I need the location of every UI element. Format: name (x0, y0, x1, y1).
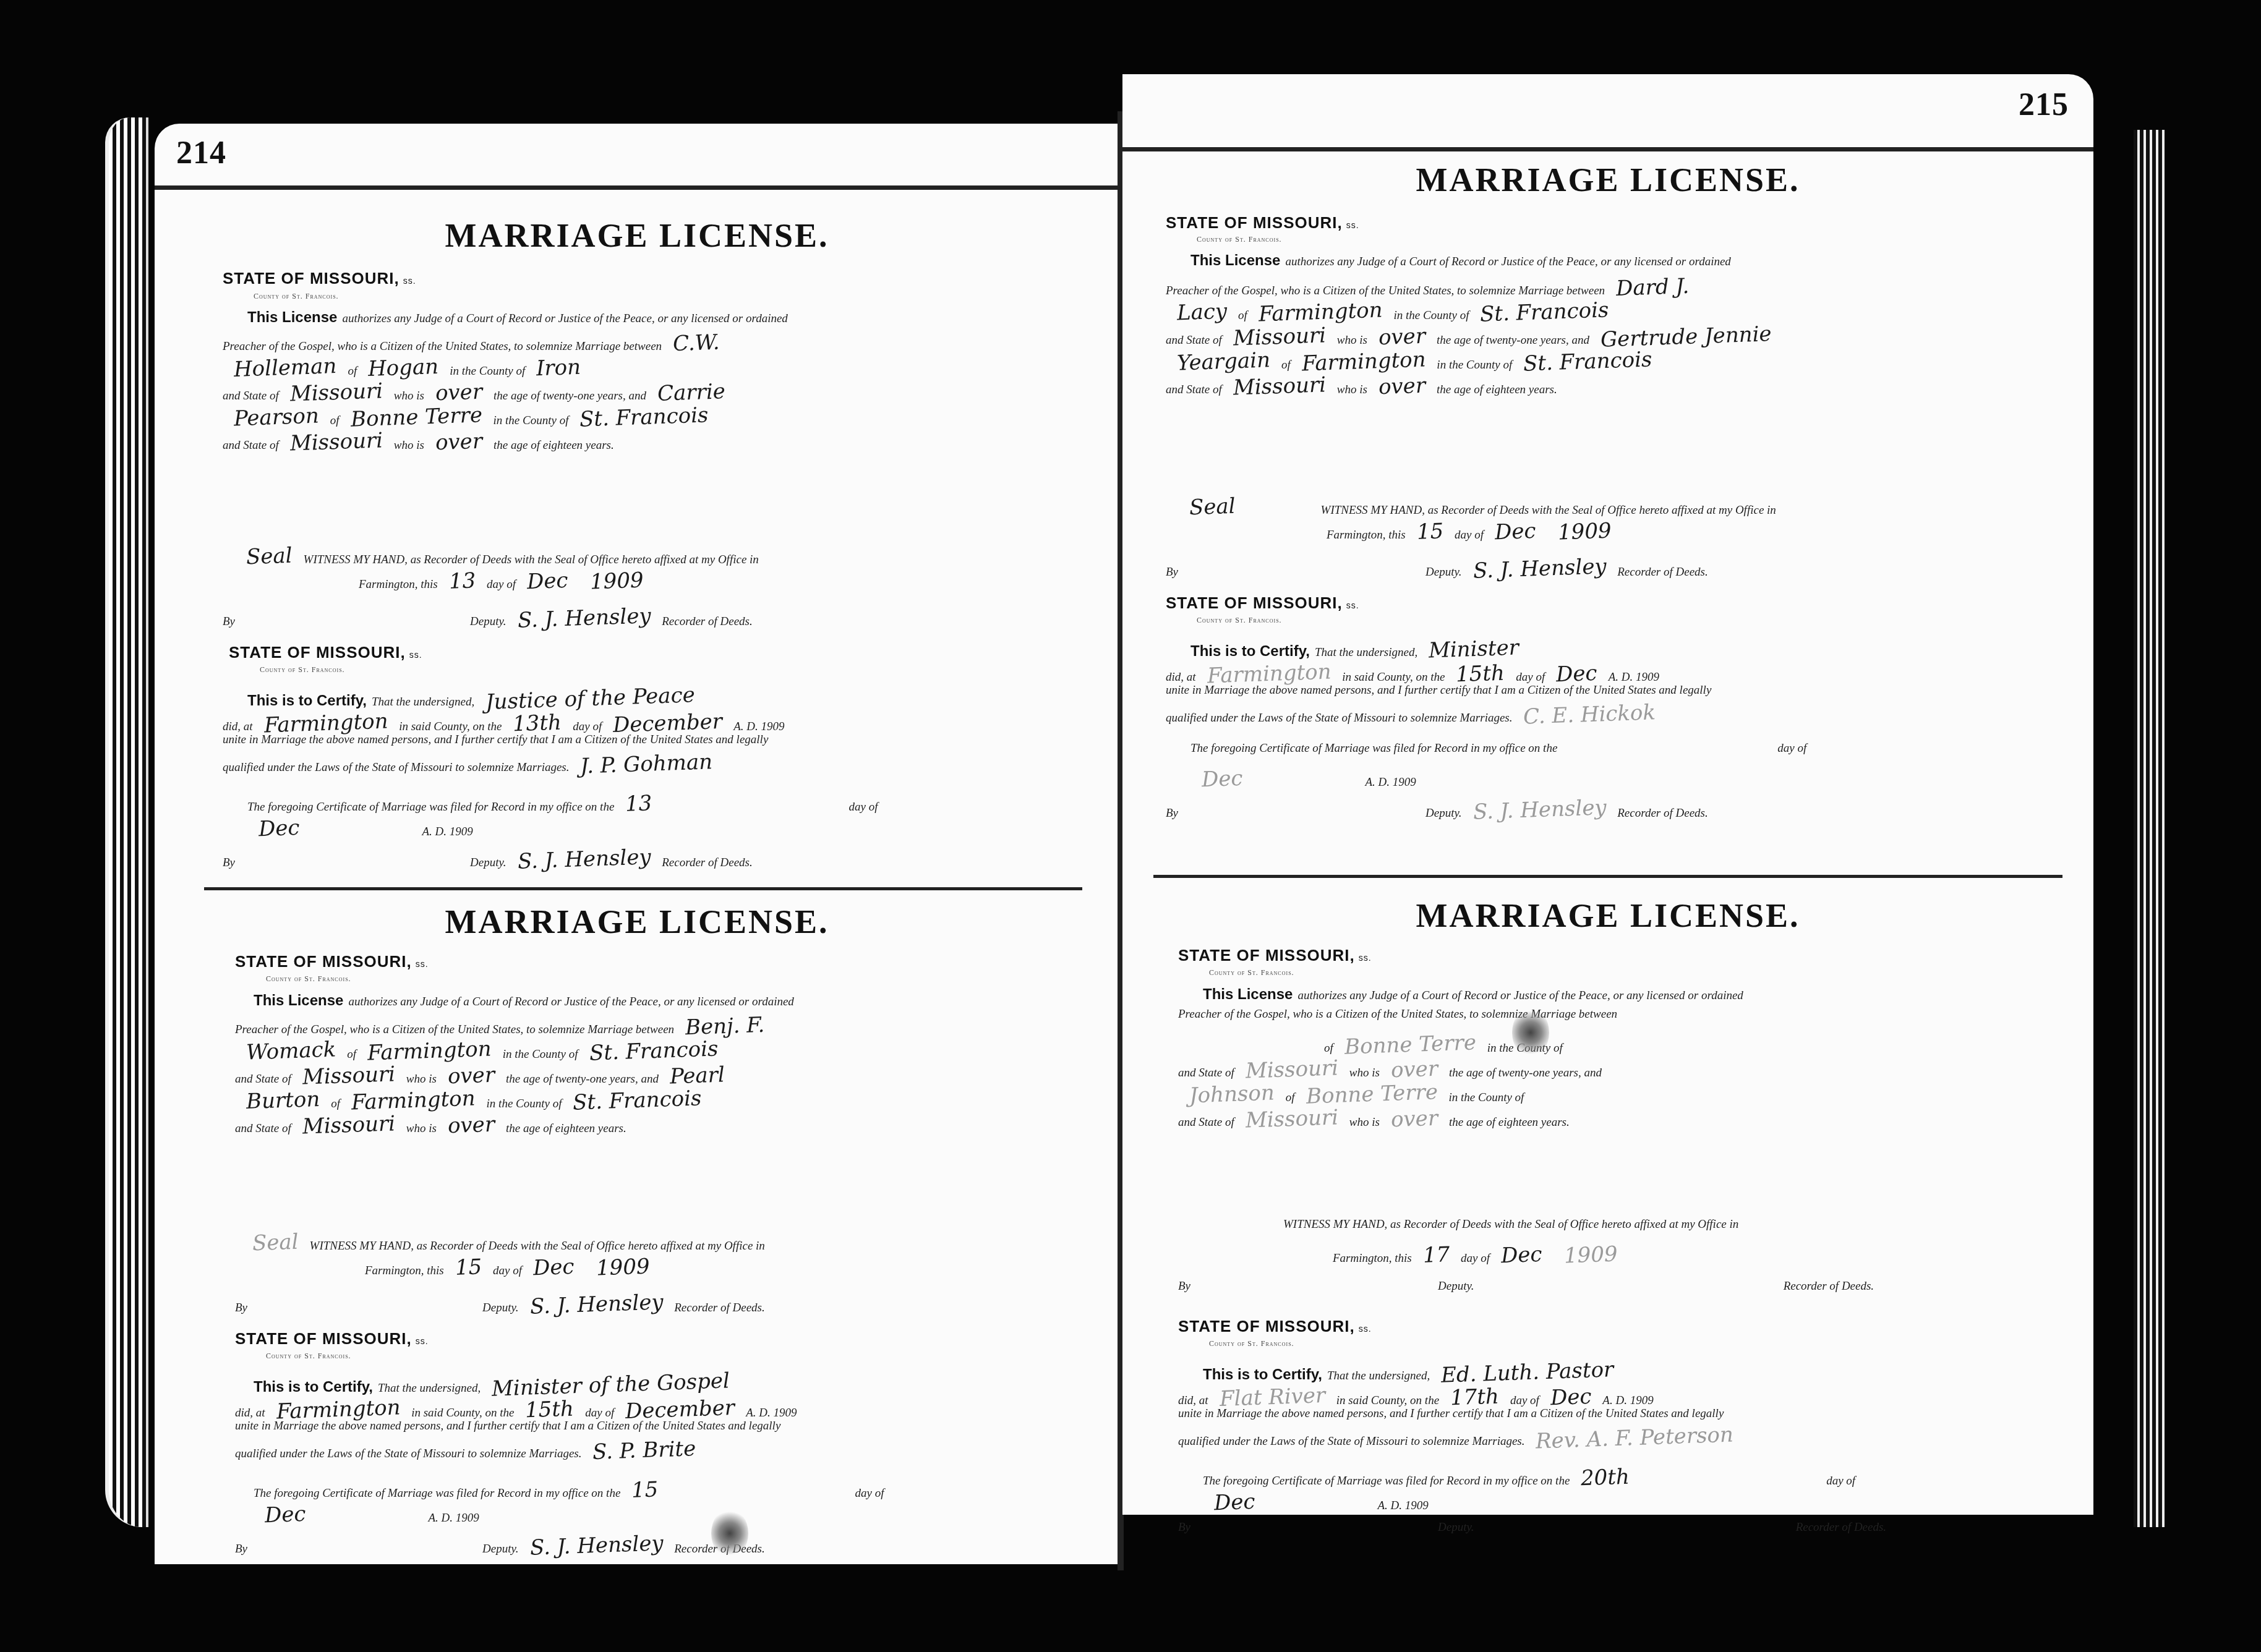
license-record: MARRIAGE LICENSE. STATE OF MISSOURI,ss. … (1122, 878, 2093, 1564)
license-line-2: Preacher of the Gospel, who is a Citizen… (1166, 275, 1700, 300)
certify-line-4: qualified under the Laws of the State of… (1178, 1426, 1745, 1450)
bride-line: PearsonofBonne Terrein the County ofSt. … (223, 405, 720, 430)
county-header: County of St. Francois. (266, 974, 351, 984)
groom-state: Missouri (289, 378, 383, 406)
license-line-1: This Licenseauthorizes any Judge of a Co… (1203, 986, 1743, 1003)
groom-state-line: and State ofMissouriwho isoverthe age of… (223, 380, 737, 405)
state-header: STATE OF MISSOURI,ss. (235, 1329, 429, 1348)
header-rule (1122, 147, 2093, 151)
license-title: MARRIAGE LICENSE. (155, 903, 1119, 941)
scan-smudge (1512, 1008, 1549, 1057)
bride-state-line: and State ofMissouriwho isoverthe age of… (235, 1113, 626, 1138)
certify-line-3: unite in Marriage the above named person… (1166, 684, 1711, 697)
scan-smudge (711, 1509, 748, 1558)
license-record: MARRIAGE LICENSE. STATE OF MISSOURI,ss. … (1122, 161, 2093, 847)
license-title: MARRIAGE LICENSE. (155, 216, 1119, 255)
certify-line-1: This is to Certify,That the undersigned,… (1203, 1360, 1625, 1385)
witness-line: WITNESS MY HAND, as Recorder of Deeds wi… (1283, 1218, 1738, 1232)
witness-line: SealWITNESS MY HAND, as Recorder of Deed… (241, 1230, 765, 1255)
witness-line: SealWITNESS MY HAND, as Recorder of Deed… (235, 544, 759, 569)
license-record: MARRIAGE LICENSE. STATE OF MISSOURI,ss. … (155, 198, 1119, 884)
groom-age: over (435, 380, 482, 406)
page-edges-left (105, 117, 148, 1527)
license-line-2: Preacher of the Gospel, who is a Citizen… (1178, 1008, 1639, 1021)
groom-county: Iron (536, 355, 581, 381)
filed-line: The foregoing Certificate of Marriage wa… (254, 1478, 884, 1502)
bride-county: St. Francois (579, 402, 709, 432)
groom-line: LacyofFarmingtonin the County ofSt. Fran… (1166, 300, 1620, 325)
filed-recorder-line: ByDeputy.S. J. HensleyRecorder of Deeds. (223, 847, 753, 872)
seal-mark: Seal (246, 543, 293, 570)
bride-state: Missouri (289, 428, 383, 456)
certify-line-2: did, atFlat Riverin said County, on the1… (1178, 1385, 1654, 1410)
state-header: STATE OF MISSOURI,ss. (229, 643, 422, 662)
state-header: STATE OF MISSOURI,ss. (223, 269, 416, 288)
certify-line-1: This is to Certify,That the undersigned,… (254, 1373, 741, 1397)
groom-town: Hogan (368, 354, 439, 381)
license-line-2: Preacher of the Gospel, who is a Citizen… (235, 1014, 776, 1039)
license-line-2: Preacher of the Gospel, who is a Citizen… (223, 331, 731, 356)
county-header: County of St. Francois. (1197, 235, 1282, 244)
filed-date-line: DecA. D. 1909 (247, 816, 473, 841)
state-header: STATE OF MISSOURI,ss. (1166, 213, 1359, 232)
groom-state-line: and State ofMissouriwho isoverthe age of… (1166, 325, 1783, 349)
license-line-1: This Licenseauthorizes any Judge of a Co… (247, 309, 788, 326)
filed-date-line: DecA. D. 1909 (1203, 1490, 1429, 1515)
certify-line-4: qualified under the Laws of the State of… (223, 752, 724, 777)
page-right: 215 MARRIAGE LICENSE. STATE OF MISSOURI,… (1122, 74, 2093, 1515)
bride-line: JohnsonofBonne Terrein the County of (1178, 1082, 1546, 1107)
officiant-signature: J. P. Gohman (580, 749, 713, 778)
certify-line-4: qualified under the Laws of the State of… (235, 1438, 707, 1463)
header-rule (155, 185, 1119, 190)
certify-line-3: unite in Marriage the above named person… (1178, 1407, 1724, 1421)
register-book: 214 MARRIAGE LICENSE. STATE OF MISSOURI,… (118, 74, 2134, 1583)
bride-state-line: and State ofMissouriwho isoverthe age of… (1178, 1107, 1570, 1131)
groom-state-line: and State ofMissouriwho isoverthe age of… (1178, 1057, 1624, 1082)
page-number: 214 (176, 135, 226, 171)
county-header: County of St. Francois. (1209, 968, 1294, 977)
license-title: MARRIAGE LICENSE. (1122, 896, 2093, 935)
page-edges-right (2134, 130, 2165, 1527)
bride-line: BurtonofFarmingtonin the County ofSt. Fr… (235, 1088, 713, 1113)
bride-line: YeargainofFarmingtonin the County ofSt. … (1166, 349, 1664, 374)
certify-line-3: unite in Marriage the above named person… (235, 1420, 780, 1433)
bride-state-line: and State ofMissouriwho isoverthe age of… (1166, 374, 1557, 399)
certify-line-1: This is to Certify,That the undersigned,… (1190, 637, 1530, 662)
state-header: STATE OF MISSOURI,ss. (1166, 594, 1359, 613)
witness-date-line: Farmington, this13day ofDec1909 (359, 569, 655, 594)
state-header: STATE OF MISSOURI,ss. (1178, 1317, 1372, 1336)
officiant-title: Justice of the Peace (485, 683, 696, 715)
groom-line: HollemanofHoganin the County ofIron (223, 356, 592, 380)
filed-line: The foregoing Certificate of Marriage wa… (1203, 1465, 1855, 1490)
bride-first-name: Carrie (657, 379, 725, 406)
filed-line: The foregoing Certificate of Marriage wa… (247, 791, 878, 816)
county-header: County of St. Francois. (254, 292, 339, 301)
county-header: County of St. Francois. (260, 665, 345, 675)
groom-state-line: and State ofMissouriwho isoverthe age of… (235, 1063, 736, 1088)
recorder-line: ByDeputy.S. J. HensleyRecorder of Deeds. (223, 606, 1076, 631)
filed-recorder-line: ByDeputy.S. J. HensleyRecorder of Deeds. (1166, 798, 1708, 822)
state-header: STATE OF MISSOURI,ss. (235, 952, 429, 971)
recorder-line: ByDeputy.Recorder of Deeds. (1178, 1280, 1874, 1293)
license-record: MARRIAGE LICENSE. STATE OF MISSOURI,ss. … (155, 890, 1119, 1577)
witness-date-line: Farmington, this15day ofDec1909 (1327, 519, 1623, 544)
county-header: County of St. Francois. (266, 1352, 351, 1361)
filed-date-line: DecA. D. 1909 (254, 1502, 479, 1527)
certify-line-2: did, atFarmingtonin said County, on the1… (223, 711, 785, 736)
page-left: 214 MARRIAGE LICENSE. STATE OF MISSOURI,… (155, 124, 1119, 1564)
page-number: 215 (2019, 87, 2069, 123)
certify-line-4: qualified under the Laws of the State of… (1166, 702, 1667, 727)
filed-recorder-line: ByDeputy.S. J. HensleyRecorder of Deeds. (235, 1533, 765, 1558)
state-header: STATE OF MISSOURI,ss. (1178, 946, 1372, 965)
certify-line-3: unite in Marriage the above named person… (223, 733, 768, 747)
recorder-line: ByDeputy.S. J. HensleyRecorder of Deeds. (1166, 556, 1708, 581)
certify-line-2: did, atFarmingtonin said County, on the1… (1166, 662, 1659, 686)
bride-last-name: Pearson (233, 404, 319, 432)
witness-line: SealWITNESS MY HAND, as Recorder of Deed… (1178, 495, 1776, 519)
groom-last-name: Holleman (233, 354, 337, 382)
license-line-1: This Licenseauthorizes any Judge of a Co… (254, 992, 794, 1010)
bride-town: Bonne Terre (350, 402, 482, 432)
recorder-line: ByDeputy.S. J. HensleyRecorder of Deeds. (235, 1292, 765, 1317)
certify-line-2: did, atFarmingtonin said County, on the1… (235, 1397, 797, 1422)
recorder-signature: S. J. Hensley (517, 603, 651, 633)
filed-line: The foregoing Certificate of Marriage wa… (1190, 742, 1806, 756)
license-line-1: This Licenseauthorizes any Judge of a Co… (1190, 252, 1731, 270)
groom-line: WomackofFarmingtonin the County ofSt. Fr… (235, 1039, 729, 1063)
filed-recorder-line: ByDeputy.Recorder of Deeds. (1178, 1521, 1886, 1535)
bride-age: over (435, 429, 482, 456)
license-title: MARRIAGE LICENSE. (1122, 161, 2093, 199)
witness-date-line: Farmington, this15day ofDec1909 (365, 1255, 661, 1280)
witness-date-line: Farmington, this17day ofDec1909 (1333, 1243, 1629, 1267)
filed-date-line: DecA. D. 1909 (1190, 767, 1416, 791)
county-header: County of St. Francois. (1209, 1339, 1294, 1348)
bride-state-line: and State ofMissouriwho isoverthe age of… (223, 430, 614, 454)
certify-line-1: This is to Certify,That the undersigned,… (247, 686, 706, 711)
county-header: County of St. Francois. (1197, 616, 1282, 625)
groom-first-name: C.W. (672, 330, 720, 357)
